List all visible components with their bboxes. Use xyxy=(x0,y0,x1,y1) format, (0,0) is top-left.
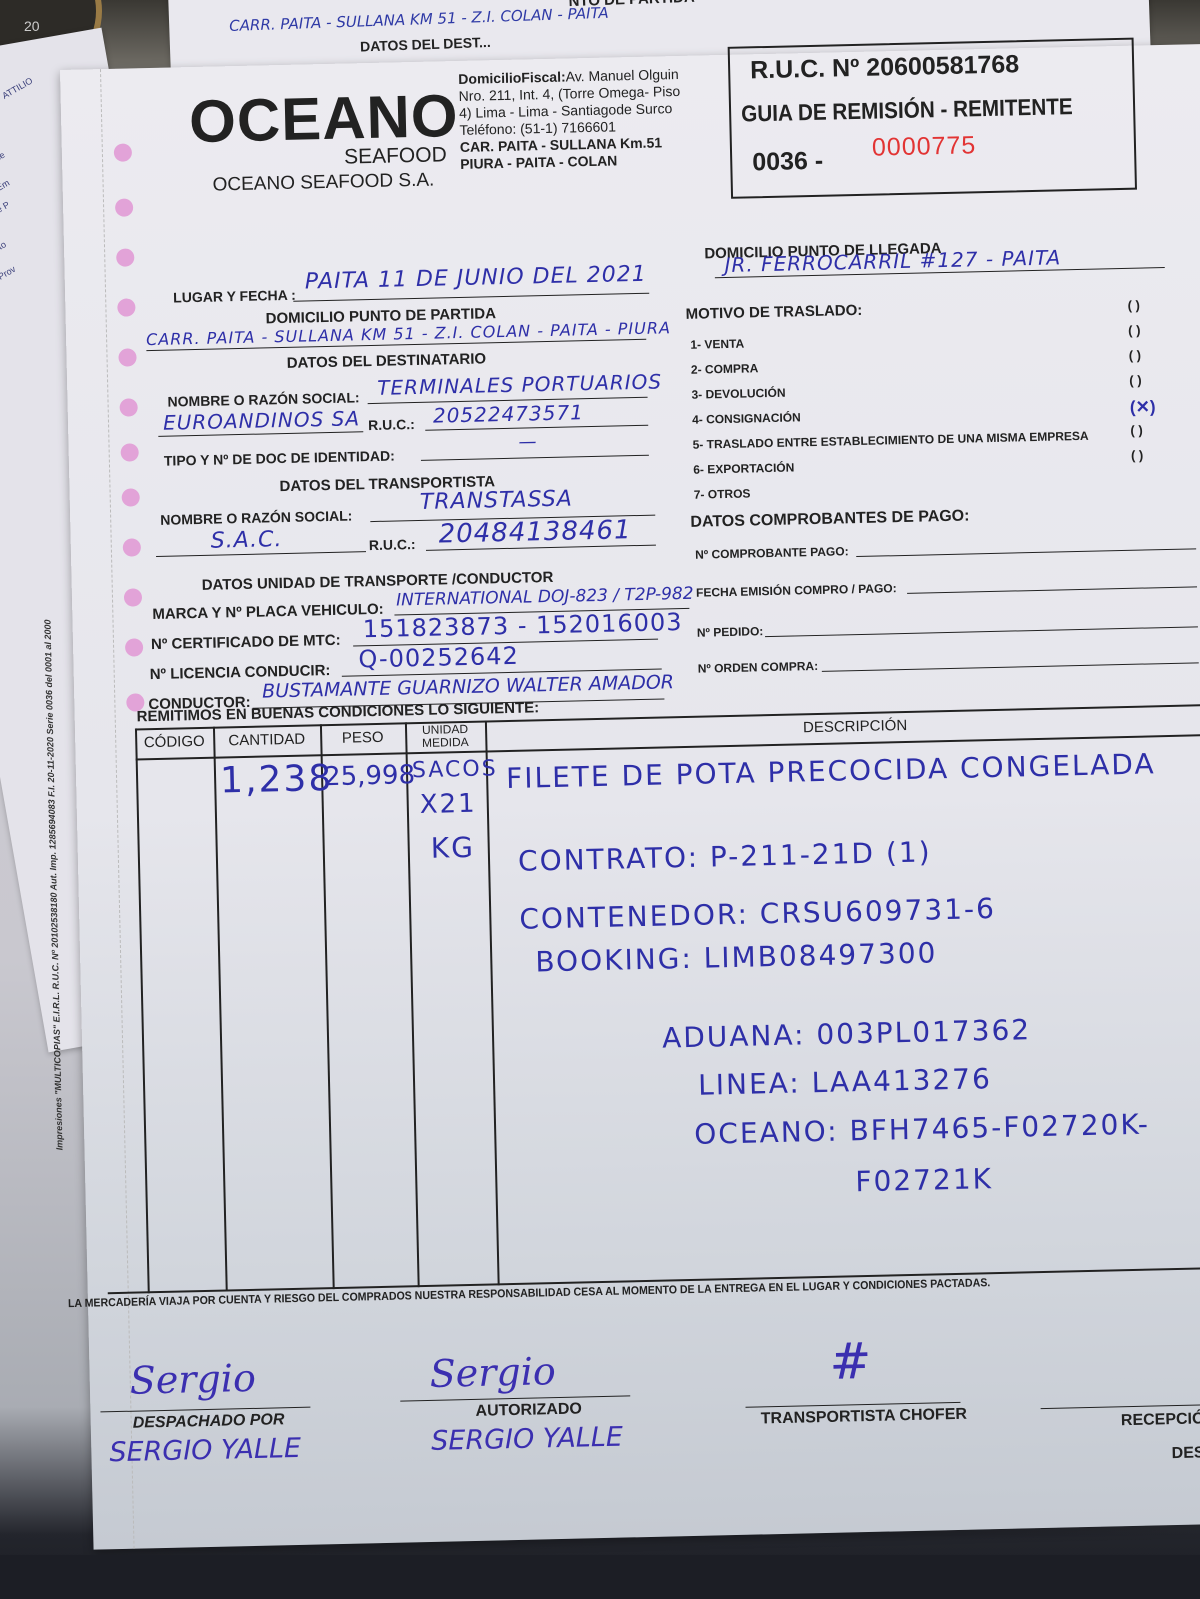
perforation-line xyxy=(100,69,135,1549)
signature-despachado: Sergio xyxy=(129,1356,256,1403)
motivo-checkbox[interactable]: ( ) xyxy=(1129,348,1142,363)
document-number: 0000775 xyxy=(872,131,977,162)
table-border xyxy=(213,727,228,1292)
description-line: CONTENEDOR: CRSU609731-6 xyxy=(519,892,996,936)
mtc-label: Nº CERTIFICADO DE MTC: xyxy=(151,632,341,653)
table-border xyxy=(485,720,500,1285)
fiscal-line: 4) Lima - Lima - Santiagode Surco xyxy=(459,100,673,121)
motivo-option-label: 4- CONSIGNACIÓN xyxy=(692,410,801,426)
table-border xyxy=(320,724,335,1289)
trans-ruc-value: 20484138461 xyxy=(438,515,632,549)
background-surface xyxy=(0,1555,1200,1599)
description-line: OCEANO: BFH7465-F02720K- xyxy=(694,1108,1150,1151)
fiscal-label: DomicilioFiscal: xyxy=(458,69,566,87)
description-line: FILETE DE POTA PRECOCIDA CONGELADA xyxy=(506,747,1156,795)
ruc-box: R.U.C. Nº 20600581768 GUIA DE REMISIÓN -… xyxy=(728,38,1137,199)
signature-autorizado: Sergio xyxy=(429,1349,556,1396)
trans-nombre-value-2: S.A.C. xyxy=(210,527,282,554)
fecha-emision-label: FECHA EMISIÓN COMPRO / PAGO: xyxy=(696,581,897,600)
field-line xyxy=(856,548,1196,557)
mtc-value: 151823873 - 152016003 xyxy=(362,608,682,643)
field-line xyxy=(907,586,1197,594)
signature-line xyxy=(400,1395,630,1401)
field-line xyxy=(822,662,1199,672)
motivo-checkbox[interactable]: ( ) xyxy=(1128,323,1141,338)
signature-label-transportista: TRANSPORTISTA CHOFER xyxy=(761,1406,968,1429)
field-line xyxy=(421,455,649,461)
dest-ruc-value: 20522473571 xyxy=(433,400,584,427)
motivo-title: MOTIVO DE TRASLADO: xyxy=(686,302,863,323)
placa-label: MARCA Y Nº PLACA VEHICULO: xyxy=(152,601,384,623)
underlying-header: NTO DE PARTIDA xyxy=(568,0,695,10)
table-border xyxy=(405,722,420,1287)
binder-hole xyxy=(117,298,135,316)
gauge-number: 20 xyxy=(24,18,40,34)
motivo-option-label: 3- DEVOLUCIÓN xyxy=(691,386,785,402)
binder-hole xyxy=(115,198,133,216)
licencia-value: Q-00252642 xyxy=(358,642,519,674)
table-border xyxy=(135,728,150,1293)
dest-ruc-label: R.U.C.: xyxy=(368,416,415,433)
signature-label-recepcion-sub: DES xyxy=(1171,1444,1200,1463)
col-header-cantidad: CANTIDAD xyxy=(213,724,321,756)
motivo-checkbox[interactable]: ( ) xyxy=(1127,298,1140,313)
cell-unidad: SACOS xyxy=(412,756,498,783)
binder-hole xyxy=(116,248,134,266)
left-sheet-label: Punto xyxy=(0,239,8,259)
orden-compra-label: Nº ORDEN COMPRA: xyxy=(698,659,819,676)
binder-hole xyxy=(114,143,132,161)
binder-hole xyxy=(122,488,140,506)
guia-remision-sheet: OCEANO SEAFOOD OCEANO SEAFOOD S.A. Domic… xyxy=(60,44,1200,1550)
motivo-checkbox[interactable]: (✕) xyxy=(1130,397,1156,418)
binder-hole xyxy=(124,588,142,606)
items-table: CÓDIGO CANTIDAD PESO UNIDAD MEDIDA DESCR… xyxy=(135,704,1200,1294)
underlying-destinatario: DATOS DEL DEST... xyxy=(360,34,491,55)
signature-transportista: # xyxy=(829,1332,872,1391)
binder-hole xyxy=(118,348,136,366)
trans-nombre-value: TRANSTASSA xyxy=(420,486,573,514)
description-line: CONTRATO: P-211-21D (1) xyxy=(518,835,932,877)
destinatario-title: DATOS DEL DESTINATARIO xyxy=(287,350,487,372)
document-serie: 0036 - xyxy=(752,147,824,178)
description-line: LINEA: LAA413276 xyxy=(698,1062,992,1102)
col-header-codigo: CÓDIGO xyxy=(135,727,214,759)
motivo-checkbox[interactable]: ( ) xyxy=(1129,373,1142,388)
left-sheet-label: Calle Bose xyxy=(0,150,7,180)
binder-hole xyxy=(125,638,143,656)
field-line xyxy=(293,293,649,302)
signer-name-autorizado: SERGIO YALLE xyxy=(431,1422,623,1457)
description-line: F02721K xyxy=(855,1162,993,1198)
motivo-option-label: 2- COMPRA xyxy=(691,361,759,377)
cell-cantidad: 1,238 xyxy=(220,758,334,802)
motivo-option-label: 7- OTROS xyxy=(694,486,751,501)
lugar-fecha-value: PAITA 11 DE JUNIO DEL 2021 xyxy=(305,262,647,295)
binder-hole xyxy=(123,538,141,556)
doc-identidad-label: TIPO Y Nº DE DOC DE IDENTIDAD: xyxy=(164,448,395,469)
left-sheet-label: Punto de P xyxy=(0,199,11,230)
lugar-fecha-label: LUGAR Y FECHA : xyxy=(173,287,296,306)
cell-unidad: X21 xyxy=(419,789,477,820)
brand-subtitle: SEAFOOD xyxy=(344,143,447,169)
left-sheet-label: Prov xyxy=(0,264,17,282)
trans-ruc-label: R.U.C.: xyxy=(369,536,416,553)
pedido-label: Nº PEDIDO: xyxy=(697,624,764,640)
cell-peso: 25,998 xyxy=(324,760,416,792)
fiscal-line: Av. Manuel Olguin xyxy=(565,66,678,85)
signature-label-despachado: DESPACHADO POR xyxy=(133,1411,285,1432)
motivo-option-label: 5- TRASLADO ENTRE ESTABLECIMIENTO DE UNA… xyxy=(693,429,1089,452)
pago-title: DATOS COMPROBANTES DE PAGO: xyxy=(690,507,969,531)
company-name: OCEANO SEAFOOD S.A. xyxy=(212,170,434,197)
left-sheet-label: ATTILIO xyxy=(0,75,34,100)
signature-line xyxy=(1041,1404,1200,1410)
cell-unidad: KG xyxy=(430,831,475,865)
signature-label-autorizado: AUTORIZADO xyxy=(475,1401,582,1421)
fiscal-address: DomicilioFiscal:Av. Manuel Olguin Nro. 2… xyxy=(458,65,730,173)
motivo-checkbox[interactable]: ( ) xyxy=(1130,423,1143,438)
doc-identidad-value: — xyxy=(518,431,537,452)
motivo-checkbox[interactable]: ( ) xyxy=(1131,448,1144,463)
dest-nombre-value: TERMINALES PORTUARIOS xyxy=(377,369,662,399)
binder-hole xyxy=(120,443,138,461)
col-header-unidad: UNIDAD MEDIDA xyxy=(405,721,486,753)
document-title: GUIA DE REMISIÓN - REMITENTE xyxy=(741,93,1073,128)
underlying-handwritten: CARR. PAITA - SULLANA KM 51 - Z.I. COLAN… xyxy=(229,4,609,35)
ruc-number: R.U.C. Nº 20600581768 xyxy=(750,50,1020,85)
description-line: BOOKING: LIMB08497300 xyxy=(535,936,938,978)
field-line xyxy=(765,626,1198,637)
plant-address: CAR. PAITA - SULLANA Km.51 xyxy=(460,134,663,155)
col-header-peso: PESO xyxy=(320,722,406,754)
motivo-option-label: 1- VENTA xyxy=(690,337,744,352)
comprobante-label: Nº COMPROBANTE PAGO: xyxy=(695,544,849,561)
signer-name-despachado: SERGIO YALLE xyxy=(109,1433,301,1468)
dest-nombre-value-2: EUROANDINOS SA xyxy=(163,406,360,434)
binder-hole xyxy=(119,398,137,416)
trans-nombre-label: NOMBRE O RAZÓN SOCIAL: xyxy=(160,507,352,527)
description-line: ADUANA: 003PL017362 xyxy=(662,1013,1032,1054)
plant-address: PIURA - PAITA - COLAN xyxy=(460,152,617,172)
signature-label-recepcion: RECEPCIÓN xyxy=(1121,1410,1200,1430)
motivo-option-label: 6- EXPORTACIÓN xyxy=(693,460,794,476)
